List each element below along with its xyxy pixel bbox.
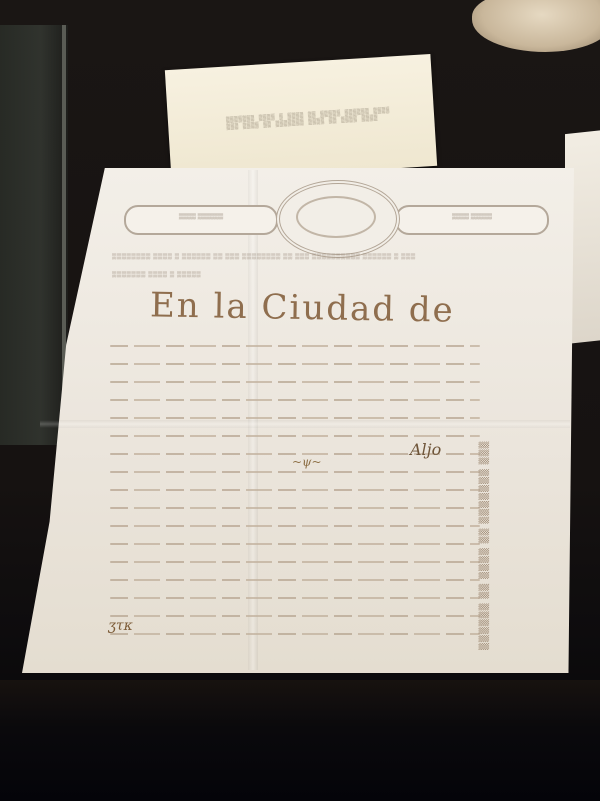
handwritten-line <box>110 363 480 365</box>
handwritten-line <box>110 525 480 527</box>
exhibit-label-card: ▒▒▒▒▒▒▒ ▒▒▒▒ ▒ ▒▒▒▒ ▒▒ ▒▒▒▒▒ ▒▒▒▒▒▒ ▒▒▒▒… <box>165 54 437 182</box>
handwritten-line <box>110 507 480 509</box>
handwritten-line <box>110 399 480 401</box>
exhibit-label-text: ▒▒▒▒▒▒▒ ▒▒▒▒ ▒ ▒▒▒▒ ▒▒ ▒▒▒▒▒ ▒▒▒▒▒▒ ▒▒▒▒… <box>226 106 407 131</box>
glass-panel <box>0 25 68 445</box>
case-shelf <box>0 680 600 801</box>
handwritten-line <box>110 561 480 563</box>
header-banner-left: ▒▒▒▒ ▒▒▒▒▒▒ <box>124 205 278 235</box>
handwritten-line <box>110 633 480 635</box>
seal-inner-ring <box>296 196 376 238</box>
handwritten-line <box>110 597 480 599</box>
handwritten-line <box>110 435 480 437</box>
handwritten-line <box>110 489 480 491</box>
handwritten-line <box>110 381 480 383</box>
margin-annotation: ▒▒▒▒▒▒ ▒▒ ▒▒▒▒ ▒▒ ▒▒▒▒▒▒▒ ▒▒▒ <box>480 430 490 650</box>
handwritten-body <box>110 345 480 651</box>
handwritten-line <box>110 543 480 545</box>
handwritten-line <box>110 615 480 617</box>
printed-line-2: ▒▒▒▒▒▒▒ ▒▒▒▒ ▒ ▒▒▒▒▒ <box>112 272 201 278</box>
signature: Aljo <box>410 440 441 459</box>
banner-right-text: ▒▒▒▒ ▒▒▒▒▒ <box>397 214 547 220</box>
printed-line-1: ▒▒▒▒▒▒▒▒ ▒▒▒▒ ▒ ▒▒▒▒▒▒ ▒▒ ▒▒▒ ▒▒▒▒▒▒▒▒ ▒… <box>112 254 416 260</box>
official-seal-icon <box>276 180 400 258</box>
banner-left-text: ▒▒▒▒ ▒▒▒▒▒▒ <box>126 214 276 220</box>
handwritten-line <box>110 471 480 473</box>
handwritten-line <box>110 579 480 581</box>
document-heading: En la Ciudad de <box>150 285 455 330</box>
inline-rubric: ~ψ~ <box>292 455 322 469</box>
handwritten-line <box>110 345 480 347</box>
bottom-rubric: ʒτκ <box>108 618 133 634</box>
handwritten-line <box>110 417 480 419</box>
header-banner-right: ▒▒▒▒ ▒▒▒▒▒ <box>395 205 549 235</box>
